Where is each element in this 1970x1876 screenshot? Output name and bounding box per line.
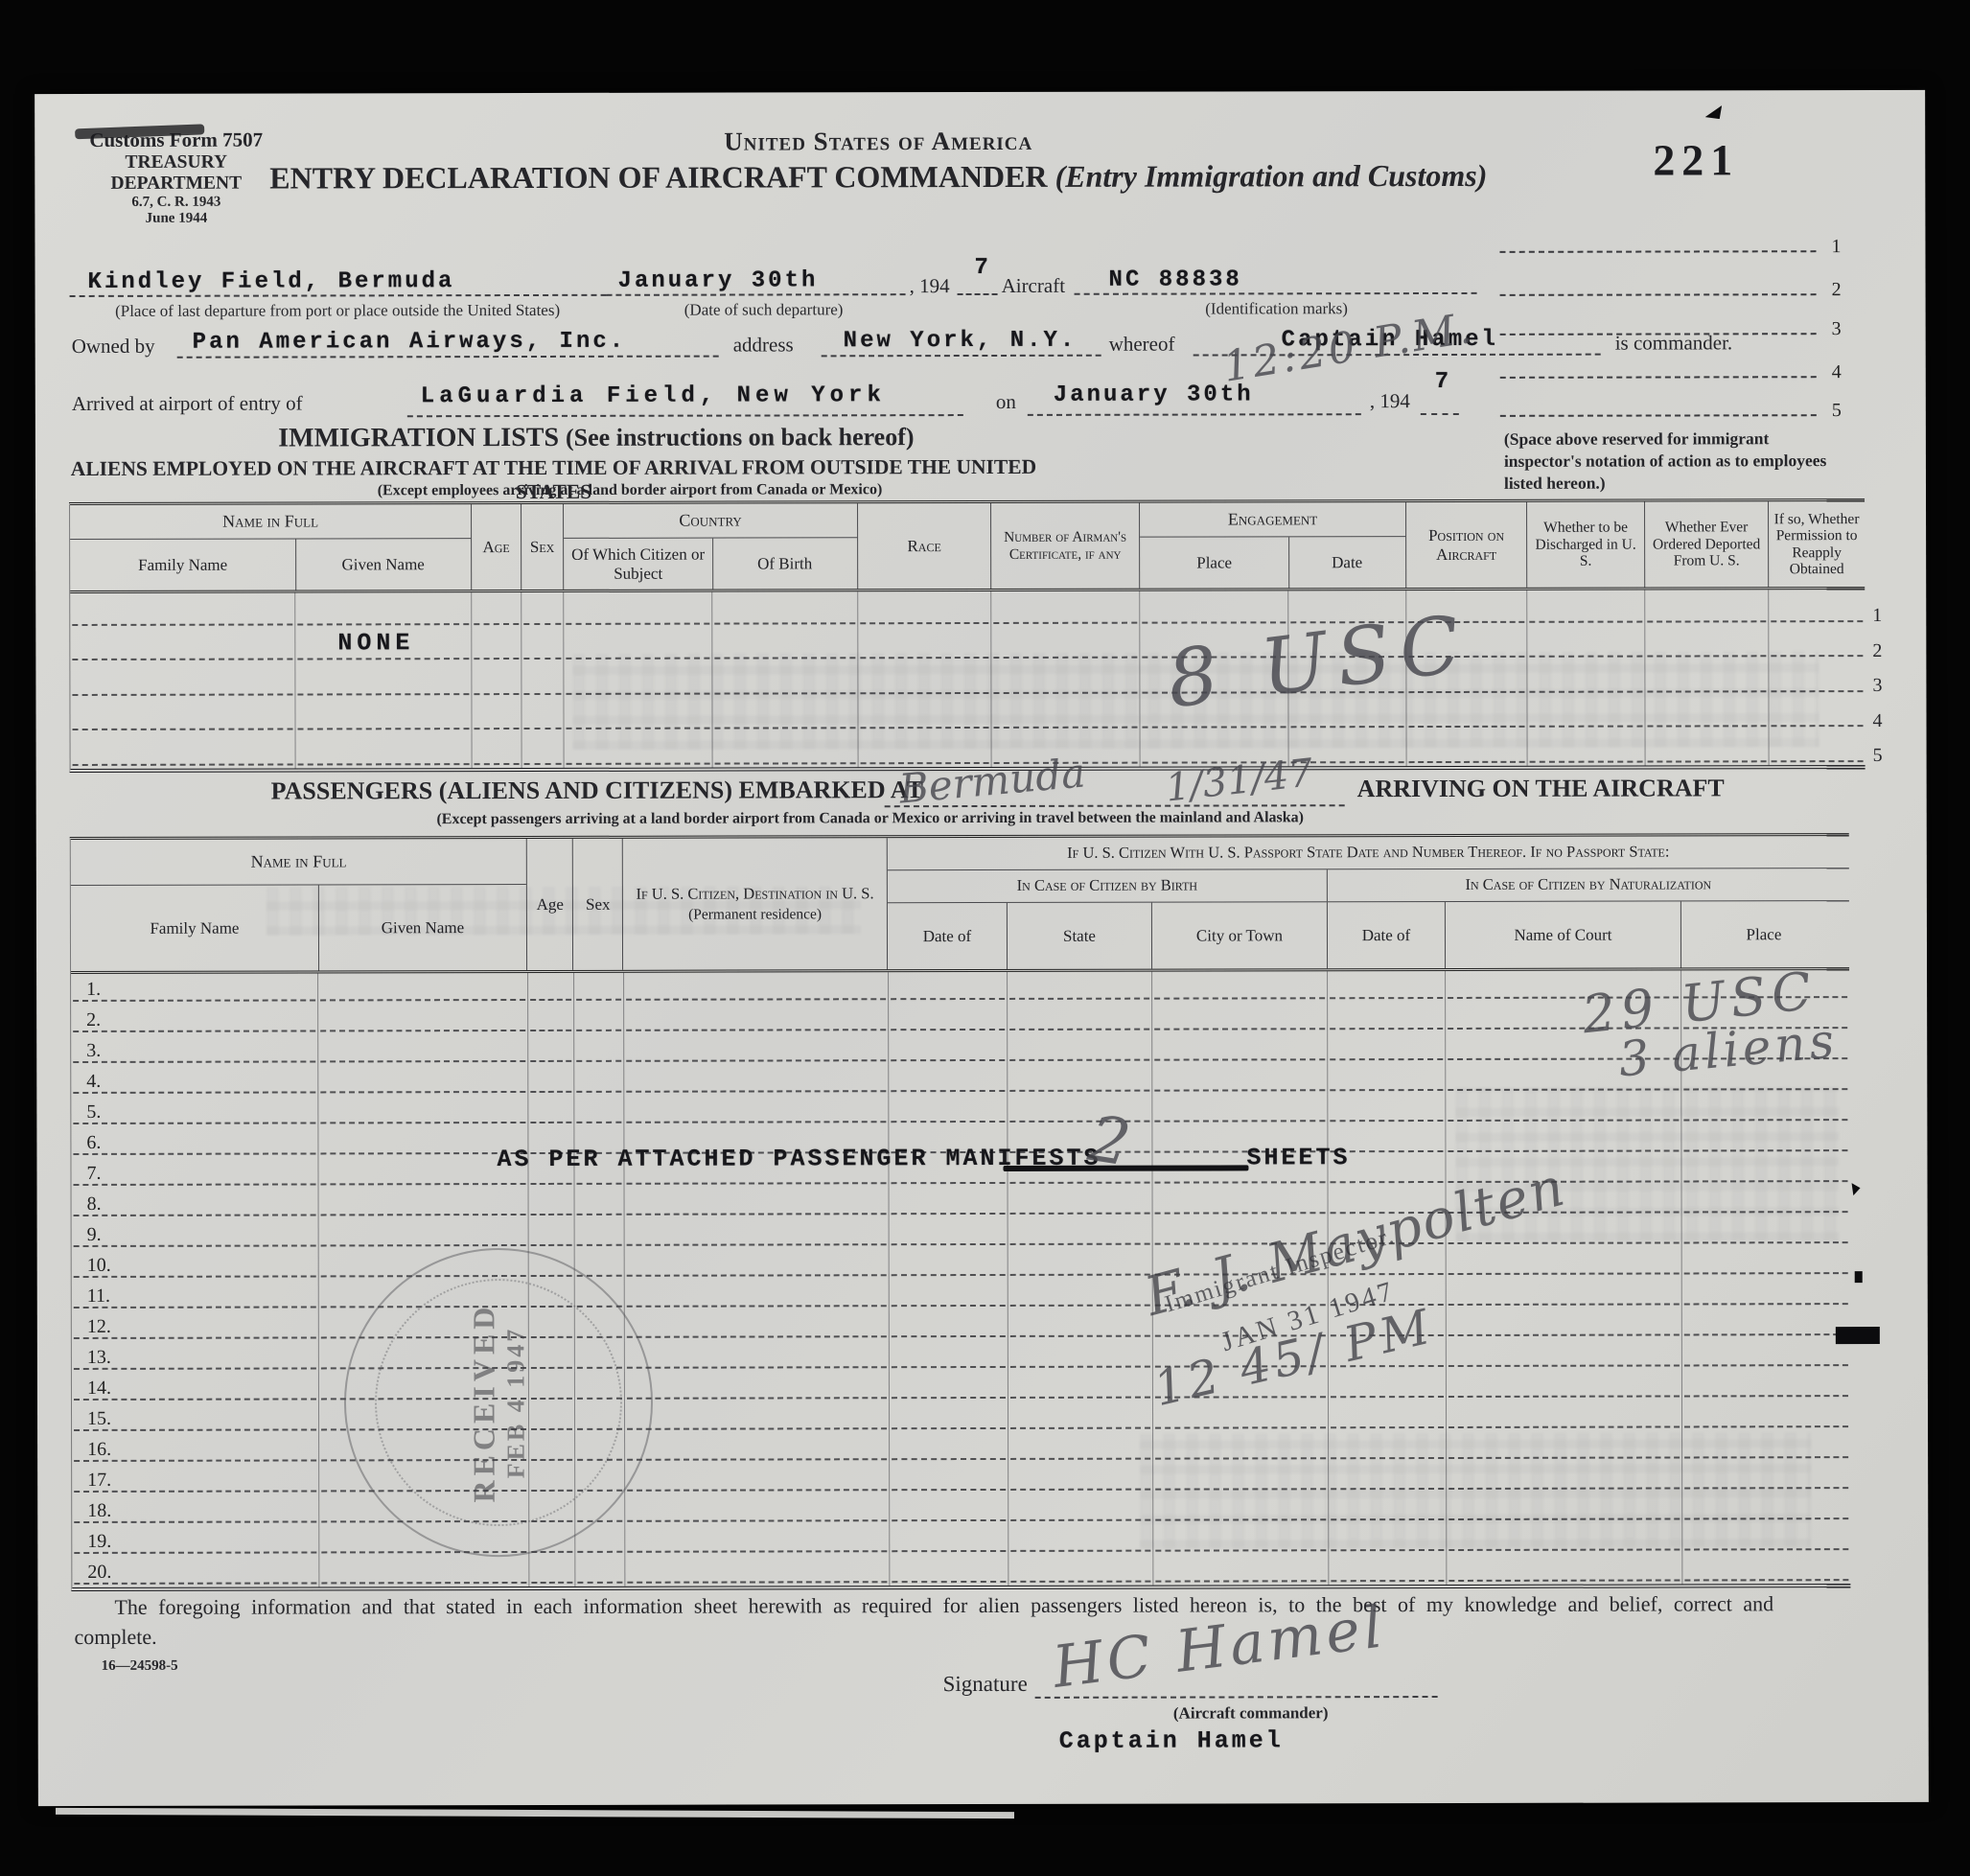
- immigration-title: IMMIGRATION LISTS: [278, 423, 559, 453]
- header-nat-court: Name of Court: [1445, 901, 1680, 968]
- bleed-through-texture: [1455, 1087, 1839, 1241]
- passenger-table-cell: [1447, 1277, 1682, 1309]
- address-value: New York, N.Y.: [844, 328, 1078, 355]
- header-by-birth: In Case of Citizen by Birth: [888, 869, 1327, 902]
- employee-table-cell: [521, 627, 564, 662]
- employee-none-entry: NONE: [295, 628, 472, 663]
- passenger-table-row: 15.: [72, 1400, 1850, 1434]
- arrival-year-digit: 7: [1435, 369, 1451, 395]
- passenger-table-row: 10.: [72, 1246, 1850, 1281]
- employee-table-cell: [295, 662, 472, 698]
- passenger-row-number: 2.: [71, 1004, 318, 1035]
- header-position: Position on Aircraft: [1406, 502, 1527, 588]
- employee-table-cell: [522, 732, 565, 768]
- employee-row-number: 1: [1872, 598, 1882, 634]
- passenger-table-cell: [574, 1065, 624, 1096]
- arrival-year-prefix: , 194: [1370, 389, 1410, 413]
- margin-line-number: 3: [1832, 318, 1842, 340]
- passenger-table-cell: [1682, 1308, 1850, 1338]
- passenger-table-cell: [625, 1309, 890, 1341]
- scanned-document-page: { "page": { "number_stamp": "221" }, "fo…: [0, 0, 1970, 1876]
- margin-line-2: 2: [1500, 293, 1817, 296]
- employee-table-cell: [564, 592, 712, 628]
- passenger-table-cell: [624, 1095, 889, 1126]
- passenger-table-cell: [624, 1033, 889, 1065]
- signature-sublabel: (Aircraft commander): [1141, 1703, 1361, 1723]
- passenger-table-cell: [1008, 1309, 1153, 1340]
- margin-line-4: 4: [1500, 376, 1817, 379]
- header-discharged: Whether to be Discharged in U. S.: [1527, 502, 1645, 588]
- passenger-table-row: 11.: [72, 1277, 1850, 1311]
- immigration-exception: (Except employees arriving at a land bor…: [198, 481, 1061, 500]
- employee-table-cell: [472, 698, 521, 733]
- header-nat-place: Place: [1680, 901, 1846, 967]
- immigration-section-title: IMMIGRATION LISTS (See instructions on b…: [213, 422, 980, 454]
- passenger-table-cell: [529, 1556, 575, 1586]
- passenger-table-cell: [1008, 1524, 1153, 1555]
- passenger-table-cell: [529, 1188, 575, 1218]
- header-engagement: Engagement: [1140, 502, 1405, 538]
- passenger-table-cell: [890, 1555, 1008, 1586]
- document-title: ENTRY DECLARATION OF AIRCRAFT COMMANDER …: [207, 158, 1549, 197]
- commander-suffix: is commander.: [1615, 331, 1733, 355]
- employee-table-cell: [472, 592, 521, 628]
- passenger-row-number: 15.: [72, 1402, 319, 1434]
- arrival-date-value: January 30th: [1054, 382, 1254, 407]
- ink-mark: [1852, 1183, 1861, 1195]
- header-sex: Sex: [521, 504, 564, 590]
- employee-table-cell: [1140, 591, 1288, 626]
- passenger-table-cell: [1682, 1400, 1850, 1430]
- col-group-engagement: Engagement Place Date: [1140, 502, 1406, 589]
- departure-place-line: [70, 269, 607, 297]
- passenger-table-cell: [625, 1494, 890, 1525]
- employee-table-cell: [71, 732, 296, 768]
- departure-year-digit: 7: [974, 255, 990, 281]
- on-label: on: [996, 390, 1016, 414]
- passenger-table-cell: [1329, 1401, 1447, 1431]
- country-title: United States of America: [360, 126, 1396, 157]
- passenger-table-cell: [625, 1463, 890, 1494]
- received-stamp-text: RECEIVED FEB 4 1947: [466, 1303, 530, 1503]
- owner-value: Pan American Airways, Inc.: [193, 329, 627, 356]
- document-paper: Customs Form 7507 TREASURY DEPARTMENT 6.…: [35, 90, 1929, 1806]
- header-engagement-place: Place: [1140, 537, 1288, 588]
- passenger-table-cell: [528, 1065, 574, 1096]
- employee-table-cell: [858, 591, 991, 627]
- header-name-in-full: Name in Full: [70, 504, 471, 540]
- passenger-table-cell: [1329, 1554, 1447, 1585]
- passenger-row-number: 17.: [72, 1464, 319, 1495]
- employee-table-cell: [472, 662, 521, 698]
- passenger-table-cell: [890, 1217, 1008, 1248]
- passenger-table-cell: [1152, 1002, 1328, 1032]
- passenger-table-cell: [318, 1004, 528, 1034]
- employee-table-cell: [991, 591, 1140, 627]
- passenger-row-number: 5.: [71, 1096, 318, 1127]
- passenger-table-row: 3.: [71, 1031, 1849, 1066]
- passenger-row-number: 4.: [71, 1065, 318, 1097]
- margin-line-number: 4: [1832, 361, 1842, 383]
- passenger-table-cell: [1008, 1371, 1153, 1401]
- passenger-table-cell: [1328, 1094, 1446, 1124]
- header-nat-date-of: Date of: [1327, 902, 1445, 968]
- address-label: address: [733, 333, 794, 357]
- passenger-table-cell: [1008, 1401, 1153, 1432]
- header-passenger-name-in-full: Name in Full: [71, 839, 527, 886]
- passenger-table-cell: [1008, 1217, 1153, 1248]
- passenger-table-cell: [1008, 1340, 1153, 1371]
- passenger-table-cell: [574, 1034, 624, 1065]
- employee-table-cell: [521, 592, 564, 628]
- ink-mark: [1836, 1327, 1880, 1344]
- passenger-table-cell: [1152, 971, 1328, 1002]
- passenger-section-title-suffix: ARRIVING ON THE AIRCRAFT: [1357, 774, 1725, 803]
- passenger-row-number: 12.: [72, 1310, 319, 1342]
- departure-place-label: (Place of last departure from port or pl…: [62, 301, 614, 321]
- passenger-table-cell: [1008, 1279, 1153, 1309]
- passenger-table-cell: [1008, 1033, 1152, 1064]
- employee-table-cell: [70, 698, 295, 733]
- passenger-table-cell: [1447, 1338, 1682, 1370]
- passenger-table-cell: [529, 1218, 575, 1249]
- footer-statement-line1: The foregoing information and that state…: [74, 1591, 1881, 1620]
- passenger-table-cell: [1682, 1369, 1850, 1400]
- passenger-table-cell: [889, 1095, 1008, 1125]
- passenger-table-cell: [1328, 971, 1446, 1002]
- passenger-table-cell: [1682, 1246, 1850, 1277]
- employee-table-cell: [70, 592, 295, 628]
- passenger-table-cell: [318, 973, 528, 1004]
- employee-row-number: 5: [1873, 738, 1883, 774]
- employee-table-cell: [521, 697, 564, 732]
- aircraft-value: NC 88838: [1109, 266, 1242, 292]
- passenger-table-cell: [625, 1217, 890, 1249]
- employee-table-cell: [70, 662, 295, 698]
- passenger-table-cell: [1328, 1032, 1446, 1063]
- employee-table-cell: [1769, 590, 1865, 625]
- bleed-through-texture: [572, 651, 1819, 750]
- employee-table-cell: [70, 628, 295, 663]
- paper-edge-sliver: [56, 1808, 1014, 1818]
- passenger-table-cell: [1153, 1554, 1329, 1585]
- passenger-table-cell: [1328, 1063, 1446, 1094]
- passenger-table-cell: [1682, 1277, 1850, 1308]
- passenger-table-cell: [1008, 1248, 1153, 1279]
- form-revision: 6.7, C. R. 1943: [63, 195, 289, 211]
- passenger-table-cell: [528, 1004, 574, 1034]
- manifest-note-suffix-typed: SHEETS: [1246, 1144, 1350, 1171]
- passenger-row-number: 20.: [72, 1556, 319, 1587]
- passenger-table-cell: [889, 972, 1008, 1003]
- passenger-table-cell: [890, 1309, 1008, 1340]
- passenger-table-cell: [1008, 1187, 1153, 1217]
- departure-date-label: (Date of such departure): [663, 300, 865, 319]
- passenger-row-number: 8.: [72, 1188, 319, 1219]
- arrival-label: Arrived at airport of entry of: [72, 391, 303, 416]
- passenger-table-cell: [625, 1340, 890, 1372]
- passenger-row-number: 13.: [72, 1341, 319, 1373]
- received-stamp-line2: FEB 4 1947: [501, 1303, 530, 1503]
- passenger-row-number: 18.: [72, 1494, 319, 1526]
- signature-label: Signature: [943, 1672, 1028, 1697]
- passenger-table-cell: [575, 1218, 625, 1249]
- passenger-table-cell: [319, 1218, 529, 1249]
- header-birth-date-of: Date of: [888, 903, 1007, 969]
- passenger-table-cell: [625, 1555, 890, 1586]
- passenger-table-cell: [889, 1003, 1008, 1033]
- header-engagement-date: Date: [1288, 537, 1404, 588]
- margin-line-1: 1: [1499, 250, 1816, 253]
- passenger-table-cell: [890, 1463, 1008, 1494]
- header-reapply: If so, Whether Permission to Reapply Obt…: [1769, 501, 1865, 587]
- whereof-label: whereof: [1109, 333, 1175, 357]
- passenger-table-cell: [318, 1065, 528, 1096]
- passenger-row-number: 14.: [72, 1372, 319, 1403]
- passenger-table-row: 20.: [72, 1553, 1850, 1587]
- passenger-row-number: 19.: [72, 1525, 319, 1557]
- passenger-table-cell: [575, 1556, 625, 1586]
- header-age: Age: [472, 504, 521, 590]
- passenger-table-cell: [890, 1494, 1008, 1524]
- margin-line-5: 5: [1500, 414, 1817, 417]
- passenger-row-number: 1.: [71, 973, 318, 1005]
- passenger-table-cell: [575, 1188, 625, 1218]
- passenger-row-number: 9.: [72, 1218, 319, 1250]
- received-stamp-line1: RECEIVED: [466, 1303, 501, 1503]
- employee-table-cell: [295, 698, 472, 733]
- passenger-exception: (Except passengers arriving at a land bo…: [343, 809, 1398, 828]
- passenger-table-cell: [528, 1034, 574, 1065]
- header-country: Country: [564, 503, 857, 539]
- employee-row-numbers: 12345: [1872, 598, 1882, 774]
- employee-table-cell: [1645, 590, 1769, 625]
- passenger-table-row: 14.: [72, 1369, 1850, 1403]
- employee-table-cell: [295, 592, 472, 628]
- bleed-through-texture: [1140, 1432, 1811, 1548]
- col-group-country: Country Of Which Citizen or Subject Of B…: [564, 503, 858, 590]
- passenger-table-cell: [625, 1524, 890, 1556]
- employee-table-header: Name in Full Family Name Given Name Age …: [70, 501, 1865, 593]
- passenger-table-cell: [1152, 1032, 1328, 1063]
- passenger-section-title-prefix: PASSENGERS (ALIENS AND CITIZENS) EMBARKE…: [271, 776, 923, 805]
- col-group-name-in-full: Name in Full Family Name Given Name: [70, 504, 472, 591]
- employee-table-cell: [473, 732, 522, 768]
- passenger-table-cell: [1447, 1246, 1682, 1278]
- passenger-table-cell: [1008, 1003, 1152, 1033]
- passenger-table-cell: [890, 1401, 1008, 1432]
- passenger-table-cell: [574, 973, 624, 1004]
- header-passport: If U. S. Citizen With U. S. Passport Sta…: [888, 836, 1849, 870]
- immigration-title-note: (See instructions on back hereof): [566, 423, 915, 452]
- passenger-table-cell: [625, 1248, 890, 1280]
- passenger-table-cell: [890, 1371, 1008, 1401]
- passenger-table-cell: [625, 1371, 890, 1402]
- page-number-stamp: 221: [1653, 134, 1739, 185]
- employee-row-number: 3: [1872, 668, 1882, 704]
- passenger-table-cell: [890, 1432, 1008, 1463]
- passenger-table-cell: [625, 1401, 890, 1433]
- passenger-row-number: 3.: [71, 1034, 318, 1066]
- ink-mark: [1855, 1271, 1863, 1283]
- header-citizen-of: Of Which Citizen or Subject: [564, 539, 712, 590]
- passenger-table-cell: [1447, 1400, 1682, 1431]
- ink-mark: [1703, 105, 1726, 123]
- passenger-table-cell: [1447, 1308, 1682, 1339]
- passenger-table-cell: [1008, 1555, 1153, 1586]
- passenger-table-cell: [319, 1556, 529, 1586]
- passenger-table-cell: [890, 1248, 1008, 1279]
- passenger-table-cell: [625, 1432, 890, 1464]
- col-group-passport: If U. S. Citizen With U. S. Passport Sta…: [888, 836, 1849, 969]
- passenger-table-cell: [889, 1033, 1008, 1064]
- passenger-table-cell: [319, 1188, 529, 1218]
- employee-table-row: [70, 590, 1865, 628]
- passenger-row-number: 11.: [72, 1280, 319, 1311]
- passenger-table-cell: [1447, 1553, 1682, 1585]
- employee-row-number: 2: [1872, 634, 1882, 669]
- passenger-table-cell: [889, 1064, 1008, 1095]
- bleed-through-texture: [267, 886, 861, 935]
- passenger-table-cell: [1329, 1370, 1447, 1401]
- departure-year-prefix: , 194: [910, 274, 950, 298]
- header-birth-city: City or Town: [1151, 902, 1327, 968]
- passenger-row-number: 6.: [71, 1126, 318, 1158]
- passenger-table-cell: [890, 1187, 1008, 1217]
- header-deported: Whether Ever Ordered Deported From U. S.: [1645, 501, 1769, 587]
- header-family-name: Family Name: [70, 539, 295, 590]
- employee-table-cell: [472, 628, 521, 663]
- header-airman-certificate: Number of Airman's Certificate, if any: [991, 503, 1140, 589]
- passenger-table-cell: [624, 1064, 889, 1096]
- passenger-table-cell: [624, 1003, 889, 1034]
- document-title-main: ENTRY DECLARATION OF AIRCRAFT COMMANDER: [269, 159, 1047, 196]
- passenger-row-number: 10.: [72, 1249, 319, 1281]
- passenger-table-cell: [1153, 1186, 1329, 1216]
- margin-line-number: 1: [1831, 236, 1841, 258]
- passenger-table-cell: [1328, 1002, 1446, 1032]
- document-title-note: (Entry Immigration and Customs): [1055, 158, 1488, 194]
- employee-table-cell: [712, 591, 858, 627]
- passenger-table-cell: [1152, 1094, 1328, 1124]
- aircraft-label: Aircraft: [1002, 274, 1066, 298]
- passenger-table-cell: [318, 1096, 528, 1126]
- passenger-table-cell: [1008, 1463, 1153, 1494]
- passenger-table-cell: [574, 1096, 624, 1126]
- passenger-table-cell: [1152, 1063, 1328, 1094]
- passenger-table-cell: [1008, 1432, 1153, 1463]
- arrival-airport-value: LaGuardia Field, New York: [421, 382, 886, 409]
- footer-statement-line2: complete.: [74, 1625, 156, 1650]
- form-edition-date: June 1944: [63, 211, 289, 227]
- margin-line-number: 2: [1832, 279, 1842, 301]
- header-birth-of: Of Birth: [712, 538, 856, 589]
- commander-name-typed: Captain Hamel: [1059, 1726, 1284, 1754]
- header-race: Race: [858, 503, 991, 589]
- header-by-naturalization: In Case of Citizen by Naturalization: [1327, 869, 1849, 901]
- passenger-table-cell: [1008, 1064, 1152, 1095]
- passenger-table-cell: [1447, 1369, 1682, 1401]
- passenger-row-number: 16.: [72, 1433, 319, 1465]
- signature-line: [1035, 1671, 1438, 1699]
- passenger-table-cell: [1682, 1338, 1850, 1369]
- passenger-table-cell: [890, 1340, 1008, 1371]
- passenger-table-cell: [890, 1524, 1008, 1555]
- passenger-table-row: 12.: [72, 1308, 1850, 1342]
- passenger-table-cell: [625, 1279, 890, 1310]
- aircraft-sublabel: (Identification marks): [1124, 299, 1430, 319]
- passenger-table-cell: [528, 1096, 574, 1126]
- header-birth-state: State: [1007, 903, 1151, 969]
- header-given-name: Given Name: [295, 539, 470, 590]
- footer-print-code: 16—24598-5: [102, 1658, 178, 1675]
- passenger-row-number: 7.: [71, 1157, 318, 1189]
- passenger-table-cell: [318, 1034, 528, 1065]
- passenger-table-cell: [528, 973, 574, 1004]
- passenger-table-cell: [1682, 1553, 1850, 1584]
- margin-line-number: 5: [1832, 400, 1842, 422]
- passenger-table-cell: [625, 1187, 890, 1218]
- employee-row-number: 4: [1872, 704, 1882, 739]
- inspector-space-note: (Space above reserved for immigrant insp…: [1504, 428, 1849, 494]
- passenger-table-cell: [624, 972, 889, 1004]
- owned-by-label: Owned by: [72, 335, 155, 359]
- passenger-table-cell: [574, 1004, 624, 1034]
- passenger-table-cell: [890, 1279, 1008, 1309]
- employee-table-cell: [521, 662, 564, 698]
- employee-table-cell: [296, 732, 473, 768]
- employee-table-cell: [1527, 591, 1645, 626]
- departure-date-line: [607, 268, 906, 296]
- form-number: Customs Form 7507: [63, 128, 289, 152]
- passenger-table-cell: [1008, 1494, 1153, 1524]
- passenger-table-cell: [1008, 972, 1152, 1003]
- passenger-table-row: 13.: [72, 1338, 1850, 1373]
